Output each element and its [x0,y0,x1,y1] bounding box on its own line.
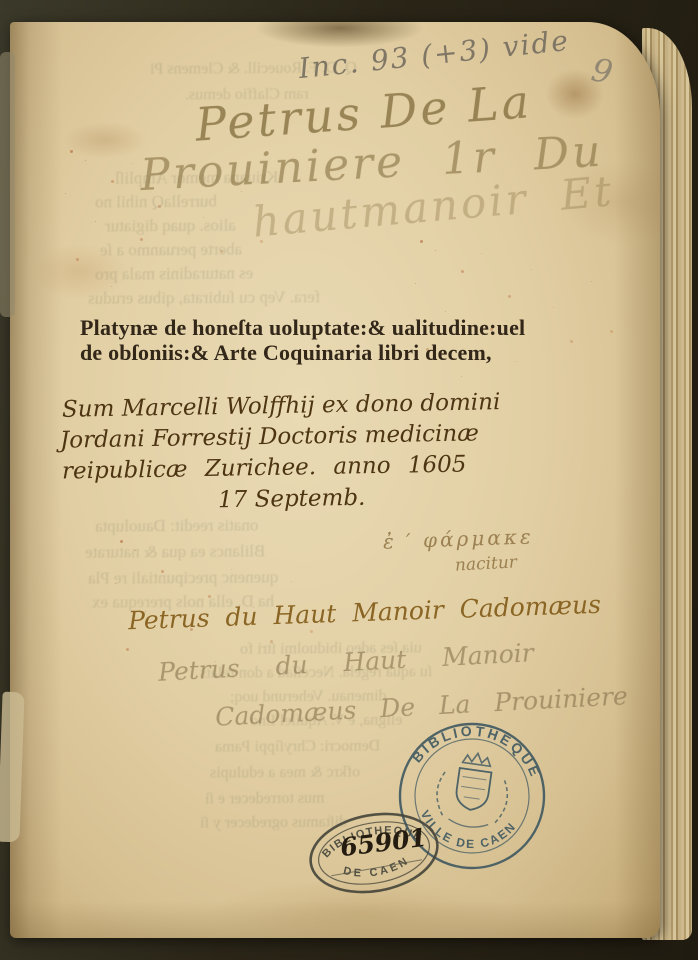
bleedthrough-line: onatis reedit: Dauolupta [95,515,258,536]
printed-title-line2: de obſoniis:& Arte Coquinaria libri dece… [80,340,492,365]
bleedthrough-line: fera. Vep cu ſubirata, qibus erudus [88,287,321,309]
foxing-speckles-mid [420,240,423,243]
bleedthrough-line: Democri: Chryſippi Pama [215,737,380,756]
round-stamp-top-text: BIBLIOTHÈQUE [407,714,550,783]
bleedthrough-line: es naturadinis mala pro [95,263,253,284]
printed-title-line1: Platynæ de honeſta uoluptate:& ualitudin… [80,315,525,340]
greek-note-line2: nacitur [455,552,518,575]
bleedthrough-line: aberte peruanmo a ſe [100,240,242,261]
bleedthrough-line: ofkrc & mea a edulupis [210,763,360,782]
stamp-crown-icon [463,751,492,766]
stamp-shield-icon [454,768,491,812]
bleedthrough-line: quenenc precipuntiali re Pla [88,567,278,588]
scanned-title-page: Q. D. F. Rouecill. & Clemens Pi ram Claf… [0,0,698,960]
bleedthrough-line: alios. quaq digiatur [105,216,236,237]
inscription-date: 17 Septemb. [218,485,366,514]
bleedthrough-line: Blilancs ea qua & naturate [85,541,265,562]
foxing-speckles-top-left [70,150,73,153]
bleedthrough-line: mus torredecer e ſi [205,790,325,809]
svg-text:BIBLIOTHÈQUE: BIBLIOTHÈQUE [407,714,550,783]
binding-hinge [0,52,15,317]
